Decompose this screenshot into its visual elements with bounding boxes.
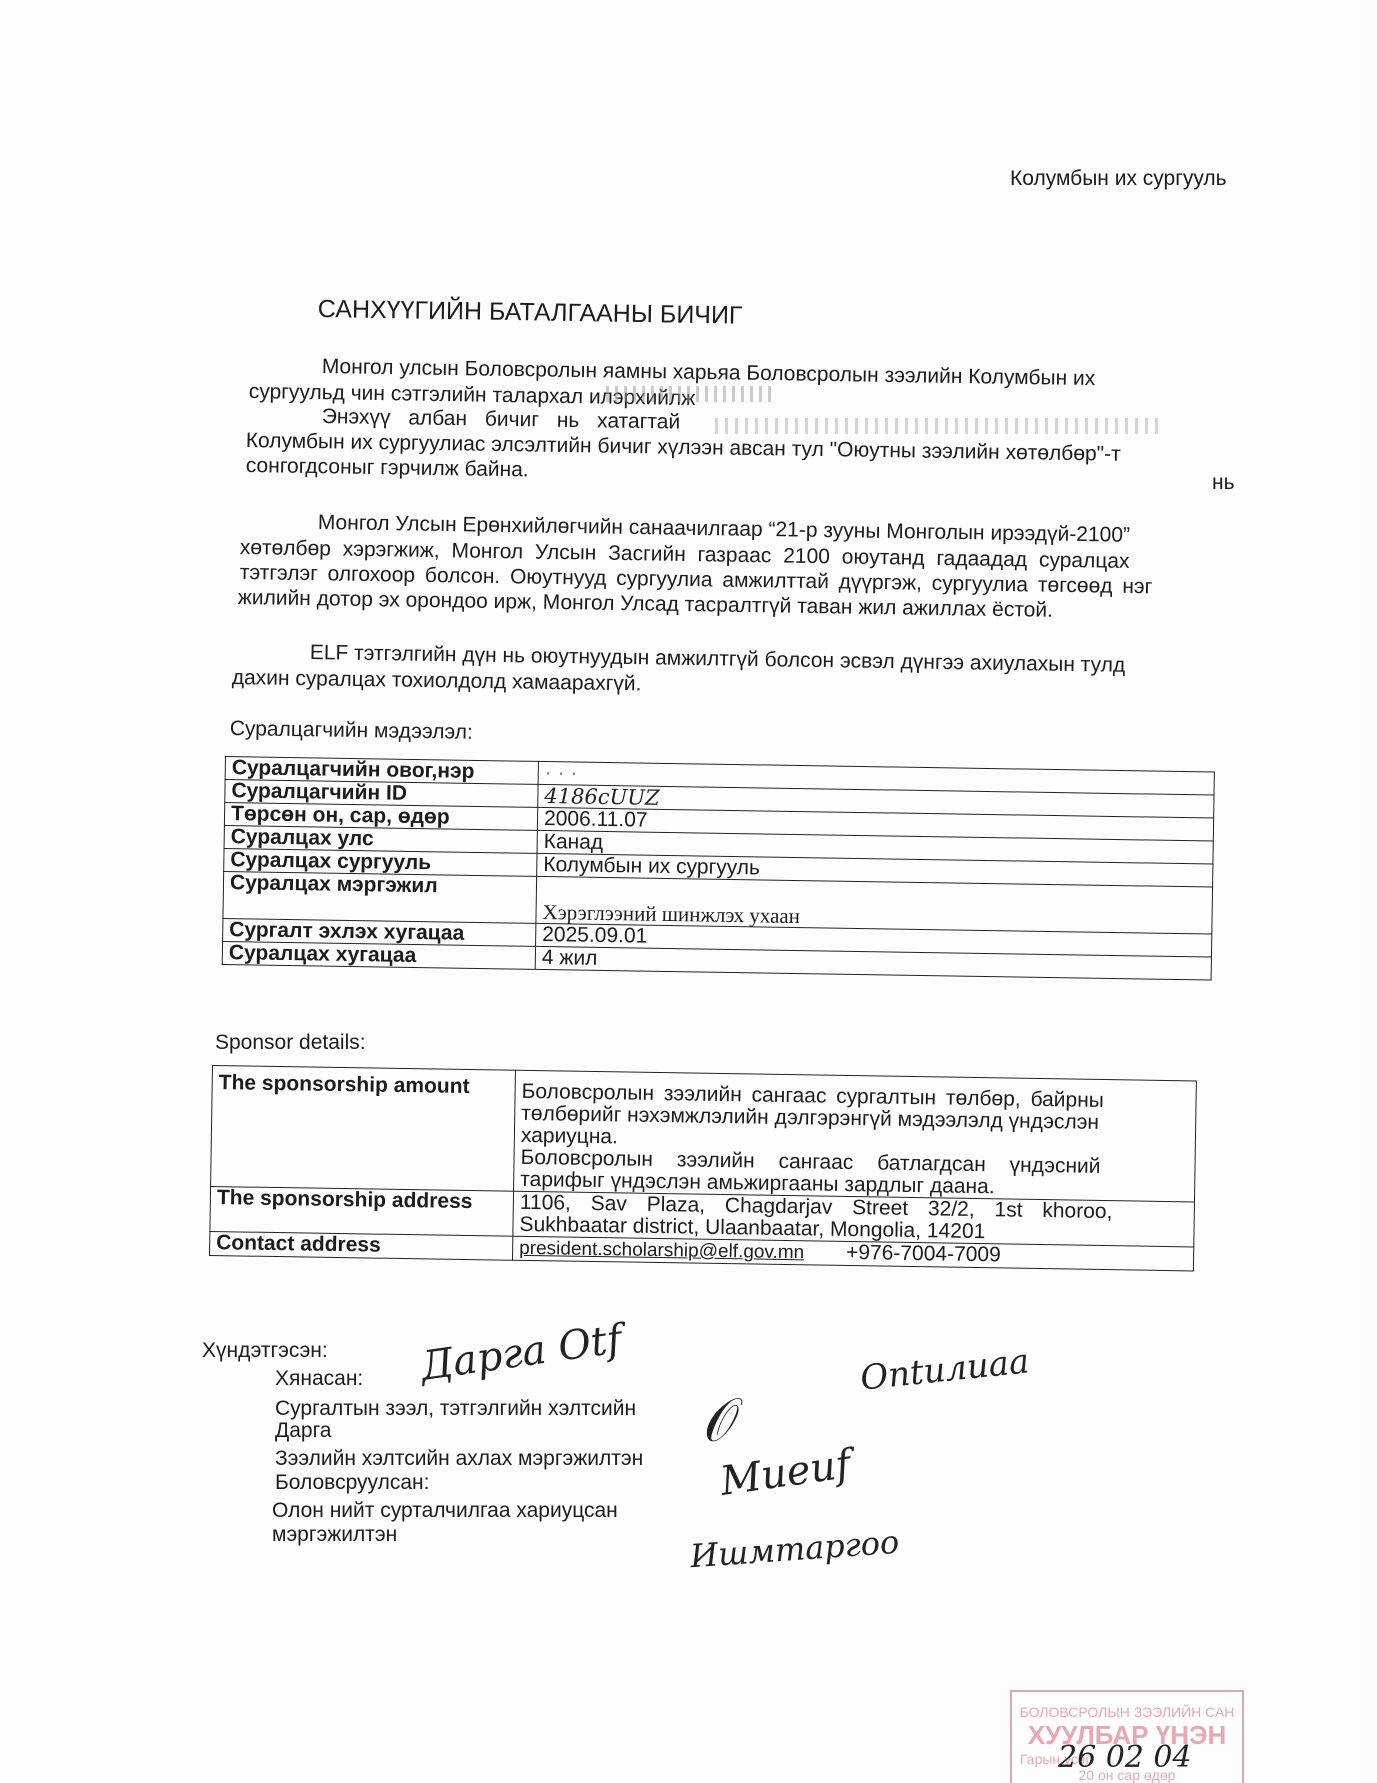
stamp-handwritten-date: 26 02 04: [1058, 1740, 1192, 1775]
stamp-line1: БОЛОВСРОЛЫН ЗЭЭЛИЙН САН: [1012, 1704, 1242, 1720]
role-pr-line1: Олон нийт сурталчилгаа хариуцсан: [272, 1498, 618, 1523]
role-pr-line2: мэргэжилтэн: [272, 1522, 397, 1547]
table-row: The sponsorship amount Боловсролын зээли…: [211, 1066, 1197, 1202]
prepared-label: Боловсруулсан:: [275, 1470, 429, 1495]
role-chief: Дарга: [275, 1418, 331, 1443]
sponsorship-amount-value: Боловсролын зээлийн сангаас сургалтын тө…: [514, 1070, 1197, 1202]
document-title: САНХҮҮГИЙН БАТАЛГААНЫ БИЧИГ: [318, 295, 743, 331]
student-info-table: Суралцагчийн овог,нэр· · · Суралцагчийн …: [222, 756, 1215, 981]
row-label: The sponsorship address: [210, 1186, 514, 1236]
document-page: Колумбын их сургууль САНХҮҮГИЙН БАТАЛГАА…: [0, 0, 1360, 1783]
role-senior-specialist: Зээлийн хэлтсийн ахлах мэргэжилтэн: [275, 1446, 643, 1471]
sponsor-info-table: The sponsorship amount Боловсролын зээли…: [209, 1065, 1197, 1271]
row-label: Contact address: [210, 1231, 513, 1260]
reviewed-label: Хянасан:: [275, 1366, 363, 1391]
contact-phone: +976-7004-7009: [846, 1241, 1001, 1266]
signature-specialist: 𝒪: [695, 1388, 740, 1457]
row-label: Суралцах мэргэжил: [223, 871, 537, 923]
recipient: Колумбын их сургууль: [1010, 166, 1227, 191]
row-label: The sponsorship amount: [211, 1066, 516, 1192]
para3-line2: дахин суралцах тохиолдолд хамаарахгүй.: [232, 665, 642, 696]
row-label: Суралцах хугацаа: [222, 941, 535, 969]
contact-email-link[interactable]: president.scholarship@elf.gov.mn: [519, 1238, 804, 1263]
sponsor-section-label: Sponsor details:: [215, 1030, 366, 1055]
redacted-text: [606, 386, 776, 402]
student-section-label: Суралцагчийн мэдээлэл:: [230, 716, 473, 745]
signature-name-1: Ontилиаа: [858, 1341, 1031, 1398]
signature-name-3: Ишмтаргоо: [689, 1523, 901, 1576]
redacted-suffix: нь: [1212, 470, 1235, 495]
para1-line5: сонгогдсоныг гэрчилж байна.: [246, 453, 529, 482]
redacted-name: [715, 418, 1165, 434]
signature-chief: Дарга Otf: [418, 1316, 625, 1390]
regards-label: Хүндэтгэсэн:: [202, 1338, 328, 1363]
